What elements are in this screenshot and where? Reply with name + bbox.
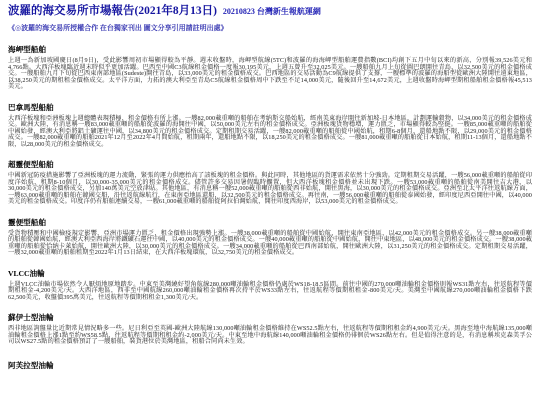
section-heading: 阿芙拉型油輪	[8, 362, 532, 370]
section-aframax: 阿芙拉型油輪	[8, 362, 532, 370]
report-page: 波羅的海交易所市場報告(2021年8月13日)20210823 台灣新生報航運網…	[0, 0, 540, 370]
section-heading: VLCC油輪	[8, 270, 532, 278]
section-body: 大西洋板塊和亞洲板塊上週總體表現積極，租金價格有所上漲。一艘82,000載重噸的…	[8, 116, 532, 149]
section-body: 西非地區詢盤量比近期常見情況略多一些。尼日利亞至英國-歐洲大陸航線130,000…	[8, 326, 532, 346]
section-heading: 蘇伊士型油輪	[8, 314, 532, 322]
section-heading: 超靈便型船舶	[8, 161, 532, 169]
copyright-notice: 《◎波羅的海交易所授權合作 在台獨家刊出 圖文分享引用請註明出處》	[8, 23, 532, 33]
section-heading: 巴拿馬型船舶	[8, 104, 532, 112]
section-body: 中國新冠防疫措施影響了亞洲板塊的運力流動，緊張的運力供應抬高了該板塊的租金價格。…	[8, 173, 532, 206]
section-body: 受貨物積壓和中國檢疫規定影響，亞洲市場運力匱乏，租金價格出現強勢上漲。一艘38,…	[8, 231, 532, 257]
section-vlcc: VLCC油輪 上週VLCC油輪市場依然令人厭煩地原地踏步。中東至美灣繞好望角航線…	[8, 270, 532, 302]
section-body: 上週一為新加坡國慶日(8月9日)，受此影響周初市場顯得較為平靜。週末收盤時，海岬…	[8, 58, 532, 91]
section-handysize: 靈便型船舶 受貨物積壓和中國檢疫規定影響，亞洲市場運力匱乏，租金價格出現強勢上漲…	[8, 219, 532, 257]
section-panamax: 巴拿馬型船舶 大西洋板塊和亞洲板塊上週總體表現積極，租金價格有所上漲。一艘82,…	[8, 104, 532, 149]
section-ultramax: 超靈便型船舶 中國新冠防疫措施影響了亞洲板塊的運力流動，緊張的運力供應抬高了該板…	[8, 161, 532, 206]
page-title: 波羅的海交易所市場報告(2021年8月13日)	[8, 5, 217, 17]
section-heading: 海岬型船舶	[8, 46, 532, 54]
section-capesize: 海岬型船舶 上週一為新加坡國慶日(8月9日)，受此影響周初市場顯得較為平靜。週末…	[8, 46, 532, 91]
page-title-suffix: 20210823 台灣新生報航運網	[223, 7, 321, 16]
title-line: 波羅的海交易所市場報告(2021年8月13日)20210823 台灣新生報航運網	[8, 5, 532, 18]
section-body: 上週VLCC油輪市場依然令人厭煩地原地踏步。中東至美灣繞好望角航線280,000…	[8, 282, 532, 302]
report-header: 波羅的海交易所市場報告(2021年8月13日)20210823 台灣新生報航運網…	[8, 5, 532, 33]
section-suezmax: 蘇伊士型油輪 西非地區詢盤量比近期常見情況略多一些。尼日利亞至英國-歐洲大陸航線…	[8, 314, 532, 346]
section-heading: 靈便型船舶	[8, 219, 532, 227]
